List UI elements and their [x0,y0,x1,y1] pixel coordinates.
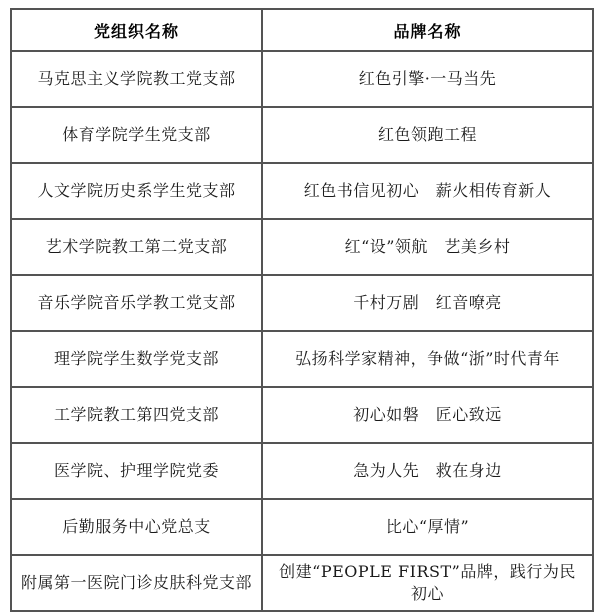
org-cell: 马克思主义学院教工党支部 [11,51,262,107]
table-row: 艺术学院教工第二党支部 红“设”领航 艺美乡村 [11,219,593,275]
org-cell: 体育学院学生党支部 [11,107,262,163]
brand-cell: 红色引擎·一马当先 [262,51,593,107]
org-cell: 工学院教工第四党支部 [11,387,262,443]
org-cell: 理学院学生数学党支部 [11,331,262,387]
party-brand-table-container: 党组织名称 品牌名称 马克思主义学院教工党支部 红色引擎·一马当先 体育学院学生… [10,8,594,612]
header-row: 党组织名称 品牌名称 [11,9,593,51]
org-cell: 医学院、护理学院党委 [11,443,262,499]
brand-cell: 初心如磐 匠心致远 [262,387,593,443]
table-row: 音乐学院音乐学教工党支部 千村万剧 红音嘹亮 [11,275,593,331]
org-cell: 人文学院历史系学生党支部 [11,163,262,219]
brand-cell: 红色领跑工程 [262,107,593,163]
table-row: 马克思主义学院教工党支部 红色引擎·一马当先 [11,51,593,107]
table-row: 医学院、护理学院党委 急为人先 救在身边 [11,443,593,499]
brand-cell: 创建“PEOPLE FIRST”品牌，践行为民初心 [262,555,593,611]
table-row: 后勤服务中心党总支 比心“厚情” [11,499,593,555]
table-row: 人文学院历史系学生党支部 红色书信见初心 薪火相传育新人 [11,163,593,219]
brand-cell: 急为人先 救在身边 [262,443,593,499]
brand-column-header: 品牌名称 [262,9,593,51]
org-column-header: 党组织名称 [11,9,262,51]
table-row: 附属第一医院门诊皮肤科党支部 创建“PEOPLE FIRST”品牌，践行为民初心 [11,555,593,611]
org-cell: 后勤服务中心党总支 [11,499,262,555]
table-row: 体育学院学生党支部 红色领跑工程 [11,107,593,163]
brand-cell: 弘扬科学家精神，争做“浙”时代青年 [262,331,593,387]
brand-cell: 红色书信见初心 薪火相传育新人 [262,163,593,219]
brand-cell: 比心“厚情” [262,499,593,555]
org-cell: 音乐学院音乐学教工党支部 [11,275,262,331]
brand-cell: 红“设”领航 艺美乡村 [262,219,593,275]
party-brand-table: 党组织名称 品牌名称 马克思主义学院教工党支部 红色引擎·一马当先 体育学院学生… [10,8,594,612]
table-row: 工学院教工第四党支部 初心如磐 匠心致远 [11,387,593,443]
brand-cell: 千村万剧 红音嘹亮 [262,275,593,331]
org-cell: 艺术学院教工第二党支部 [11,219,262,275]
table-row: 理学院学生数学党支部 弘扬科学家精神，争做“浙”时代青年 [11,331,593,387]
org-cell: 附属第一医院门诊皮肤科党支部 [11,555,262,611]
